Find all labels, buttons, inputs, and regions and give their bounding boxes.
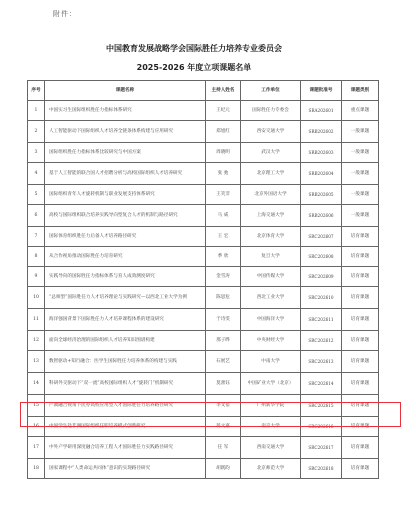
cell-title: 数智驱动+知行融合：医学生国际胜任力培养体系的构建与实践 — [45, 351, 206, 373]
cell-type: 培育课题 — [342, 459, 379, 479]
cell-host: 张 弛 — [206, 163, 241, 185]
cell-org: 西安交通大学 — [241, 121, 301, 143]
cell-host: 王笑非 — [206, 185, 241, 205]
cell-title: 中国实习生国际组织胜任力指标体系研究 — [45, 101, 206, 121]
cell-org: 中国传媒大学 — [241, 267, 301, 287]
cell-title: 产教融合视角下民办高校应用型人才国际胜任力培养路径研究 — [45, 395, 206, 417]
cell-org: 国际胜任力专委会 — [241, 101, 301, 121]
cell-host: 马 威 — [206, 205, 241, 227]
header-title: 课题名称 — [45, 81, 206, 101]
table-row: 13 数智驱动+知行融合：医学生国际胜任力培养体系的构建与实践 石展艺 中南大学… — [28, 351, 379, 373]
table-row: 17 中外产学研用深度融合培养工程人才国际胜任力实践路径研究 任 军 西南交通大… — [28, 437, 379, 459]
cell-code: SRC202610 — [301, 287, 342, 309]
cell-no: 1 — [28, 101, 45, 121]
cell-host: 郑旭红 — [206, 121, 241, 143]
cell-title: 高校与国际组织联合培养实践导向型复合人才的机制与路径研究 — [45, 205, 206, 227]
cell-org: 西南交通大学 — [241, 437, 301, 459]
cell-host: 陈思危 — [206, 287, 241, 309]
table-row: 6 高校与国际组织联合培养实践导向型复合人才的机制与路径研究 马 威 上海交通大… — [28, 205, 379, 227]
cell-no: 12 — [28, 331, 45, 351]
cell-no: 15 — [28, 395, 45, 417]
cell-type: 一般课题 — [342, 163, 379, 185]
cell-type: 一般课题 — [342, 185, 379, 205]
cell-org: 中南大学 — [241, 351, 301, 373]
attachment-label: 附件： — [53, 9, 77, 19]
cell-type: 培育课题 — [342, 351, 379, 373]
cell-org: 广州新华学院 — [241, 395, 301, 417]
table-row: 3 国际组织胜任力指标体系比较研究与中国方案 周晓明 武汉大学 SRB20260… — [28, 143, 379, 163]
cell-code: SRC202615 — [301, 395, 342, 417]
cell-org: 北京外国语大学 — [241, 185, 301, 205]
cell-org: 南京大学 — [241, 417, 301, 437]
table-row: 4 基于人工智能的联合国人才招聘分析与高校国际组织人才培养研究 张 弛 北京理工… — [28, 163, 379, 185]
cell-no: 13 — [28, 351, 45, 373]
table-row: 8 从合作视角推动国际胜任力培育研究 季 欣 复旦大学 SRC202608 培育… — [28, 247, 379, 267]
cell-no: 18 — [28, 459, 45, 479]
cell-host: 石展艺 — [206, 351, 241, 373]
cell-title: 中国学生赴非洲国际组织任职培养模式创新研究 — [45, 417, 206, 437]
cell-code: SRC202617 — [301, 437, 342, 459]
cell-host: 任 军 — [206, 437, 241, 459]
header-code: 课题批准号 — [301, 81, 342, 101]
cell-title: 面向全球经济治理的国际组织人才培养知识图谱构建 — [45, 331, 206, 351]
table-row-highlighted: 15 产教融合视角下民办高校应用型人才国际胜任力培养路径研究 李文蓓 广州新华学… — [28, 395, 379, 417]
topics-table: 序号 课题名称 主持人姓名 工作单位 课题批准号 课题类别 1 中国实习生国际组… — [27, 80, 379, 479]
cell-org: 北京理工大学 — [241, 163, 301, 185]
cell-no: 3 — [28, 143, 45, 163]
cell-code: SRB202606 — [301, 205, 342, 227]
cell-code: SRB202605 — [301, 185, 342, 205]
table-row: 2 人工智能驱动下国际组织人才培养全链条体系构建与应用研究 郑旭红 西安交通大学… — [28, 121, 379, 143]
cell-code: SRC202609 — [301, 267, 342, 287]
cell-org: 中央财经大学 — [241, 331, 301, 351]
cell-org: 北京体育大学 — [241, 227, 301, 247]
cell-host: 金雪涛 — [206, 267, 241, 287]
cell-host: 莫蕾钰 — [206, 373, 241, 395]
cell-type: 培育课题 — [342, 373, 379, 395]
cell-host: 于诗雯 — [206, 309, 241, 331]
cell-code: SRB202604 — [301, 163, 342, 185]
table-row: 16 中国学生赴非洲国际组织任职培养模式创新研究 蒋文嘉 南京大学 SRC202… — [28, 417, 379, 437]
cell-code: SRB202602 — [301, 121, 342, 143]
cell-no: 2 — [28, 121, 45, 143]
cell-title: 实践导向的国际胜任力指标体系与育人成效测度研究 — [45, 267, 206, 287]
table-row: 10 “总师型”国际胜任力人才培养理论与实践研究—以西北工业大学为例 陈思危 西… — [28, 287, 379, 309]
cell-code: SRC202618 — [301, 459, 342, 479]
cell-host: 李文蓓 — [206, 395, 241, 417]
cell-no: 16 — [28, 417, 45, 437]
document-title: 中国教育发展战略学会国际胜任力培养专业委员会 — [0, 43, 402, 54]
table-header-row: 序号 课题名称 主持人姓名 工作单位 课题批准号 课题类别 — [28, 81, 379, 101]
cell-code: SRC202612 — [301, 331, 342, 351]
cell-host: 胡既昀 — [206, 459, 241, 479]
table-row: 11 海洋强国背景下国际胜任力人才培养课程体系的建设研究 于诗雯 中国海洋大学 … — [28, 309, 379, 331]
table-row: 5 国际组织青年人才旋转机制与职业发展支持体系研究 王笑非 北京外国语大学 SR… — [28, 185, 379, 205]
cell-type: 培育课题 — [342, 227, 379, 247]
cell-title: 国际体育组织胜任力后备人才培养路径研究 — [45, 227, 206, 247]
cell-title: 中外产学研用深度融合培养工程人才国际胜任力实践路径研究 — [45, 437, 206, 459]
cell-type: 培育课题 — [342, 309, 379, 331]
table-row: 9 实践导向的国际胜任力指标体系与育人成效测度研究 金雪涛 中国传媒大学 SRC… — [28, 267, 379, 287]
cell-code: SRC202611 — [301, 309, 342, 331]
table-row: 18 国家课程中“人类命运共同体”意识的实现路径研究 胡既昀 北京师范大学 SR… — [28, 459, 379, 479]
cell-title: 国家课程中“人类命运共同体”意识的实现路径研究 — [45, 459, 206, 479]
cell-host: 那子晔 — [206, 331, 241, 351]
cell-org: 中国海洋大学 — [241, 309, 301, 331]
cell-code: SRC202614 — [301, 373, 342, 395]
cell-code: SRC202607 — [301, 227, 342, 247]
cell-no: 8 — [28, 247, 45, 267]
header-org: 工作单位 — [241, 81, 301, 101]
cell-no: 11 — [28, 309, 45, 331]
cell-type: 一般课题 — [342, 121, 379, 143]
cell-no: 9 — [28, 267, 45, 287]
cell-title: 人工智能驱动下国际组织人才培养全链条体系构建与应用研究 — [45, 121, 206, 143]
cell-type: 培育课题 — [342, 267, 379, 287]
cell-org: 西北工业大学 — [241, 287, 301, 309]
cell-title: 从合作视角推动国际胜任力培育研究 — [45, 247, 206, 267]
cell-type: 培育课题 — [342, 395, 379, 417]
cell-title: 基于人工智能的联合国人才招聘分析与高校国际组织人才培养研究 — [45, 163, 206, 185]
cell-type: 培育课题 — [342, 437, 379, 459]
cell-code: SRC202613 — [301, 351, 342, 373]
table-row: 14 科研外交驱动下“双一流”高校国际组织人才“旋转门”机制研究 莫蕾钰 中国矿… — [28, 373, 379, 395]
cell-no: 6 — [28, 205, 45, 227]
cell-org: 上海交通大学 — [241, 205, 301, 227]
cell-org: 北京师范大学 — [241, 459, 301, 479]
cell-code: SRB202603 — [301, 143, 342, 163]
cell-host: 王 宏 — [206, 227, 241, 247]
cell-org: 武汉大学 — [241, 143, 301, 163]
cell-host: 季 欣 — [206, 247, 241, 267]
cell-no: 5 — [28, 185, 45, 205]
cell-type: 培育课题 — [342, 417, 379, 437]
cell-title: 国际组织胜任力指标体系比较研究与中国方案 — [45, 143, 206, 163]
cell-code: SRC202608 — [301, 247, 342, 267]
cell-type: 重点课题 — [342, 101, 379, 121]
cell-no: 7 — [28, 227, 45, 247]
cell-no: 4 — [28, 163, 45, 185]
table-row: 7 国际体育组织胜任力后备人才培养路径研究 王 宏 北京体育大学 SRC2026… — [28, 227, 379, 247]
table-row: 12 面向全球经济治理的国际组织人才培养知识图谱构建 那子晔 中央财经大学 SR… — [28, 331, 379, 351]
cell-org: 复旦大学 — [241, 247, 301, 267]
cell-type: 一般课题 — [342, 205, 379, 227]
cell-code: SRC202616 — [301, 417, 342, 437]
cell-no: 17 — [28, 437, 45, 459]
header-host: 主持人姓名 — [206, 81, 241, 101]
cell-no: 10 — [28, 287, 45, 309]
cell-type: 培育课题 — [342, 247, 379, 267]
cell-type: 培育课题 — [342, 287, 379, 309]
cell-host: 蒋文嘉 — [206, 417, 241, 437]
cell-type: 培育课题 — [342, 331, 379, 351]
cell-title: “总师型”国际胜任力人才培养理论与实践研究—以西北工业大学为例 — [45, 287, 206, 309]
document-subtitle: 2025-2026 年度立项课题名单 — [0, 62, 402, 73]
header-type: 课题类别 — [342, 81, 379, 101]
cell-host: 周晓明 — [206, 143, 241, 163]
cell-no: 14 — [28, 373, 45, 395]
cell-host: 王纪元 — [206, 101, 241, 121]
cell-title: 海洋强国背景下国际胜任力人才培养课程体系的建设研究 — [45, 309, 206, 331]
cell-title: 科研外交驱动下“双一流”高校国际组织人才“旋转门”机制研究 — [45, 373, 206, 395]
cell-title: 国际组织青年人才旋转机制与职业发展支持体系研究 — [45, 185, 206, 205]
table-row: 1 中国实习生国际组织胜任力指标体系研究 王纪元 国际胜任力专委会 SRA202… — [28, 101, 379, 121]
cell-org: 中国矿业大学（北京） — [241, 373, 301, 395]
cell-type: 一般课题 — [342, 143, 379, 163]
cell-code: SRA202601 — [301, 101, 342, 121]
header-no: 序号 — [28, 81, 45, 101]
